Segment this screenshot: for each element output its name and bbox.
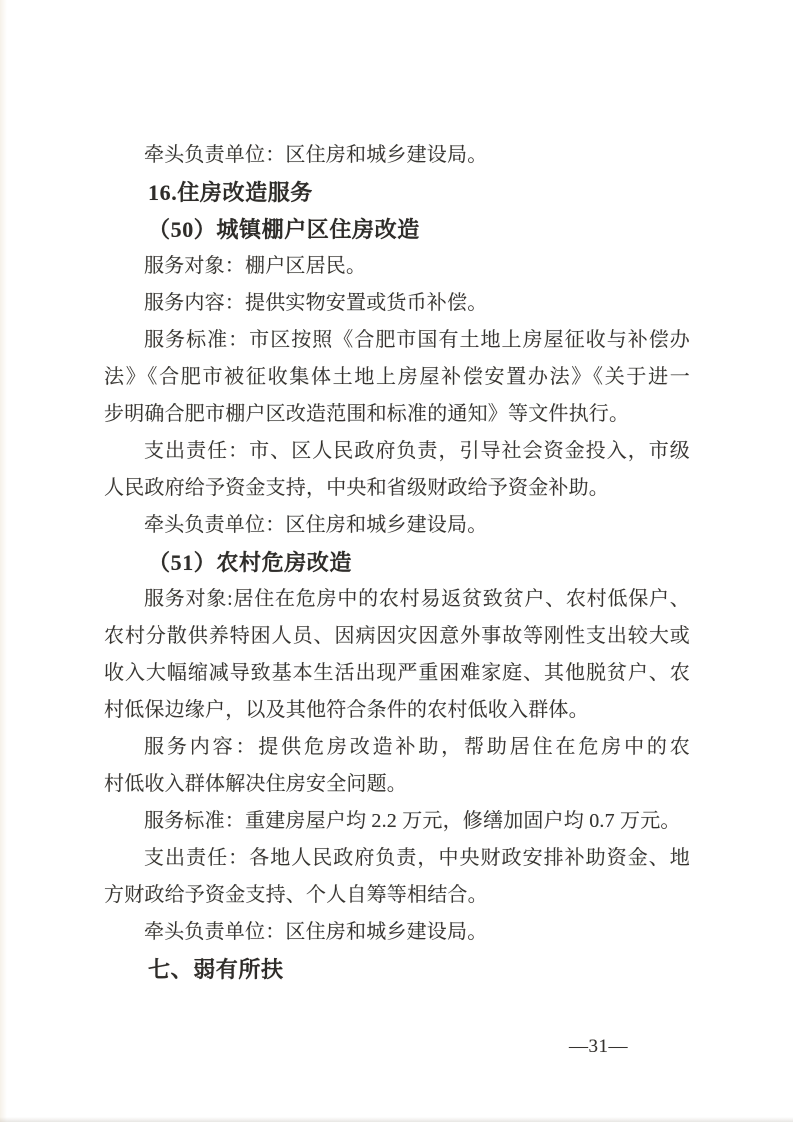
paragraph-service-content-51: 服务内容：提供危房改造补助，帮助居住在危房中的农村低收入群体解决住房安全问题。 <box>104 729 690 803</box>
text-line: 服务对象：棚户区居民。 <box>104 248 690 285</box>
text-line: 农村分散供养特困人员、因病因灾因意外事故等刚性支出较大或 <box>104 618 690 655</box>
text-line: 服务对象:居住在危房中的农村易返贫致贫户、农村低保户、 <box>104 581 690 618</box>
text-line: 服务标准：市区按照《合肥市国有土地上房屋征收与补偿办 <box>104 322 690 359</box>
text-line: 牵头负责单位：区住房和城乡建设局。 <box>104 507 690 544</box>
scan-edge-bottom <box>0 1117 793 1122</box>
text-line: 七、弱有所扶 <box>104 951 690 988</box>
paragraph-service-standard-51: 服务标准：重建房屋户均 2.2 万元，修缮加固户均 0.7 万元。 <box>104 803 690 840</box>
text-line: 村低保边缘户，以及其他符合条件的农村低收入群体。 <box>104 692 690 729</box>
paragraph-lead-unit-50: 牵头负责单位：区住房和城乡建设局。 <box>104 507 690 544</box>
text-line: 服务内容：提供实物安置或货币补偿。 <box>104 285 690 322</box>
text-line: （50）城镇棚户区住房改造 <box>104 211 690 248</box>
text-line: 法》《合肥市被征收集体土地上房屋补偿安置办法》《关于进一 <box>104 359 690 396</box>
text-line: 村低收入群体解决住房安全问题。 <box>104 766 690 803</box>
text-line: 服务标准：重建房屋户均 2.2 万元，修缮加固户均 0.7 万元。 <box>104 803 690 840</box>
paragraph-service-content-50: 服务内容：提供实物安置或货币补偿。 <box>104 285 690 322</box>
text-line: 支出责任：各地人民政府负责，中央财政安排补助资金、地 <box>104 840 690 877</box>
text-line: 收入大幅缩减导致基本生活出现严重困难家庭、其他脱贫户、农 <box>104 655 690 692</box>
heading-item-51: （51）农村危房改造 <box>104 544 690 581</box>
page-number: —31— <box>569 1035 628 1059</box>
paragraph-service-target-50: 服务对象：棚户区居民。 <box>104 248 690 285</box>
heading-item-50: （50）城镇棚户区住房改造 <box>104 211 690 248</box>
paragraph-service-standard-50: 服务标准：市区按照《合肥市国有土地上房屋征收与补偿办法》《合肥市被征收集体土地上… <box>104 322 690 433</box>
document-body: 牵头负责单位：区住房和城乡建设局。16.住房改造服务（50）城镇棚户区住房改造服… <box>104 137 690 988</box>
text-line: 方财政给予资金支持、个人自筹等相结合。 <box>104 877 690 914</box>
heading-section-7: 七、弱有所扶 <box>104 951 690 988</box>
heading-section-16: 16.住房改造服务 <box>104 174 690 211</box>
text-line: 服务内容：提供危房改造补助，帮助居住在危房中的农 <box>104 729 690 766</box>
text-line: （51）农村危房改造 <box>104 544 690 581</box>
text-line: 牵头负责单位：区住房和城乡建设局。 <box>104 914 690 951</box>
text-line: 人民政府给予资金支持，中央和省级财政给予资金补助。 <box>104 470 690 507</box>
document-page: 牵头负责单位：区住房和城乡建设局。16.住房改造服务（50）城镇棚户区住房改造服… <box>0 0 793 1122</box>
text-line: 16.住房改造服务 <box>104 174 690 211</box>
text-line: 支出责任：市、区人民政府负责，引导社会资金投入，市级 <box>104 433 690 470</box>
text-line: 步明确合肥市棚户区改造范围和标准的通知》等文件执行。 <box>104 396 690 433</box>
paragraph-lead-unit-51: 牵头负责单位：区住房和城乡建设局。 <box>104 914 690 951</box>
text-line: 牵头负责单位：区住房和城乡建设局。 <box>104 137 690 174</box>
paragraph-service-target-51: 服务对象:居住在危房中的农村易返贫致贫户、农村低保户、农村分散供养特困人员、因病… <box>104 581 690 729</box>
scan-edge-left <box>0 0 7 1122</box>
paragraph-lead-unit-top: 牵头负责单位：区住房和城乡建设局。 <box>104 137 690 174</box>
paragraph-expenditure-duty-51: 支出责任：各地人民政府负责，中央财政安排补助资金、地方财政给予资金支持、个人自筹… <box>104 840 690 914</box>
paragraph-expenditure-duty-50: 支出责任：市、区人民政府负责，引导社会资金投入，市级人民政府给予资金支持，中央和… <box>104 433 690 507</box>
